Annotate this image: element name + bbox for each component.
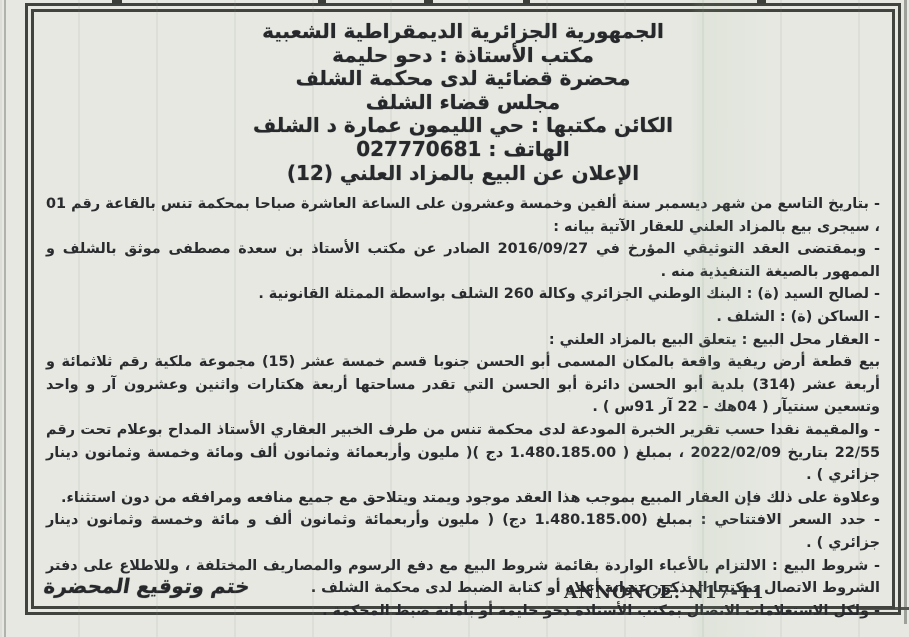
header-line: مكتب الأستاذة : دحو حليمة <box>46 44 880 68</box>
document-header: الجمهورية الجزائرية الديمقراطية الشعبيةم… <box>46 20 880 185</box>
scan-edge-line-right <box>904 0 907 624</box>
body-paragraph: - والمقيمة نقدا حسب تقرير الخبرة المودعة… <box>46 419 880 487</box>
body-paragraph: - بتاريخ التاسع من شهر ديسمبر سنة ألفين … <box>46 193 880 238</box>
body-paragraph: - الساكن (ة) : الشلف . <box>46 306 880 329</box>
body-paragraph: وعلاوة على ذلك فإن العقار المبيع بموجب ه… <box>46 487 880 510</box>
header-line: الكائن مكتبها : حي الليمون عمارة د الشلف <box>46 114 880 138</box>
body-paragraph: - حدد السعر الافتتاحي : بمبلغ (1.480.185… <box>46 509 880 554</box>
scan-artifact-mark <box>757 0 766 4</box>
annonce-reference: ANNONCE: N17-11 <box>564 583 765 603</box>
body-paragraphs: - بتاريخ التاسع من شهر ديسمبر سنة ألفين … <box>46 193 880 622</box>
stamp-signature-text: ختم وتوقيع المحضرة <box>42 574 252 598</box>
scan-artifact-mark <box>112 0 122 4</box>
header-line: الهاتف : 027770681 <box>46 138 880 162</box>
scan-edge-line-left <box>4 0 6 637</box>
scan-artifact-mark <box>318 0 326 4</box>
page-title: الإعلان عن البيع بالمزاد العلني (12) <box>46 161 880 185</box>
document-body: - بتاريخ التاسع من شهر ديسمبر سنة ألفين … <box>46 193 880 622</box>
body-paragraph: - لصالح السيد (ة) : البنك الوطني الجزائر… <box>46 283 880 306</box>
header-line: محضرة قضائية لدى محكمة الشلف <box>46 67 880 91</box>
document-frame: الجمهورية الجزائرية الديمقراطية الشعبيةم… <box>25 3 901 615</box>
header-line: مجلس قضاء الشلف <box>46 91 880 115</box>
body-paragraph: - وبمقتضى العقد التوثيقي المؤرخ في 2016/… <box>46 238 880 283</box>
document-page: الجمهورية الجزائرية الديمقراطية الشعبيةم… <box>34 12 892 606</box>
body-paragraph: - العقار محل البيع : يتعلق البيع بالمزاد… <box>46 329 880 352</box>
body-paragraph: بيع قطعة أرض ريفية واقعة بالمكان المسمى … <box>46 351 880 419</box>
scan-artifact-mark <box>523 0 530 4</box>
header-line: الجمهورية الجزائرية الديمقراطية الشعبية <box>46 20 880 44</box>
header-lines: الجمهورية الجزائرية الديمقراطية الشعبيةم… <box>46 20 880 161</box>
scan-artifact-mark <box>424 0 433 4</box>
body-paragraph: - ولكل الاستعلامات الاتصال بمكتب الأستاذ… <box>46 600 880 623</box>
